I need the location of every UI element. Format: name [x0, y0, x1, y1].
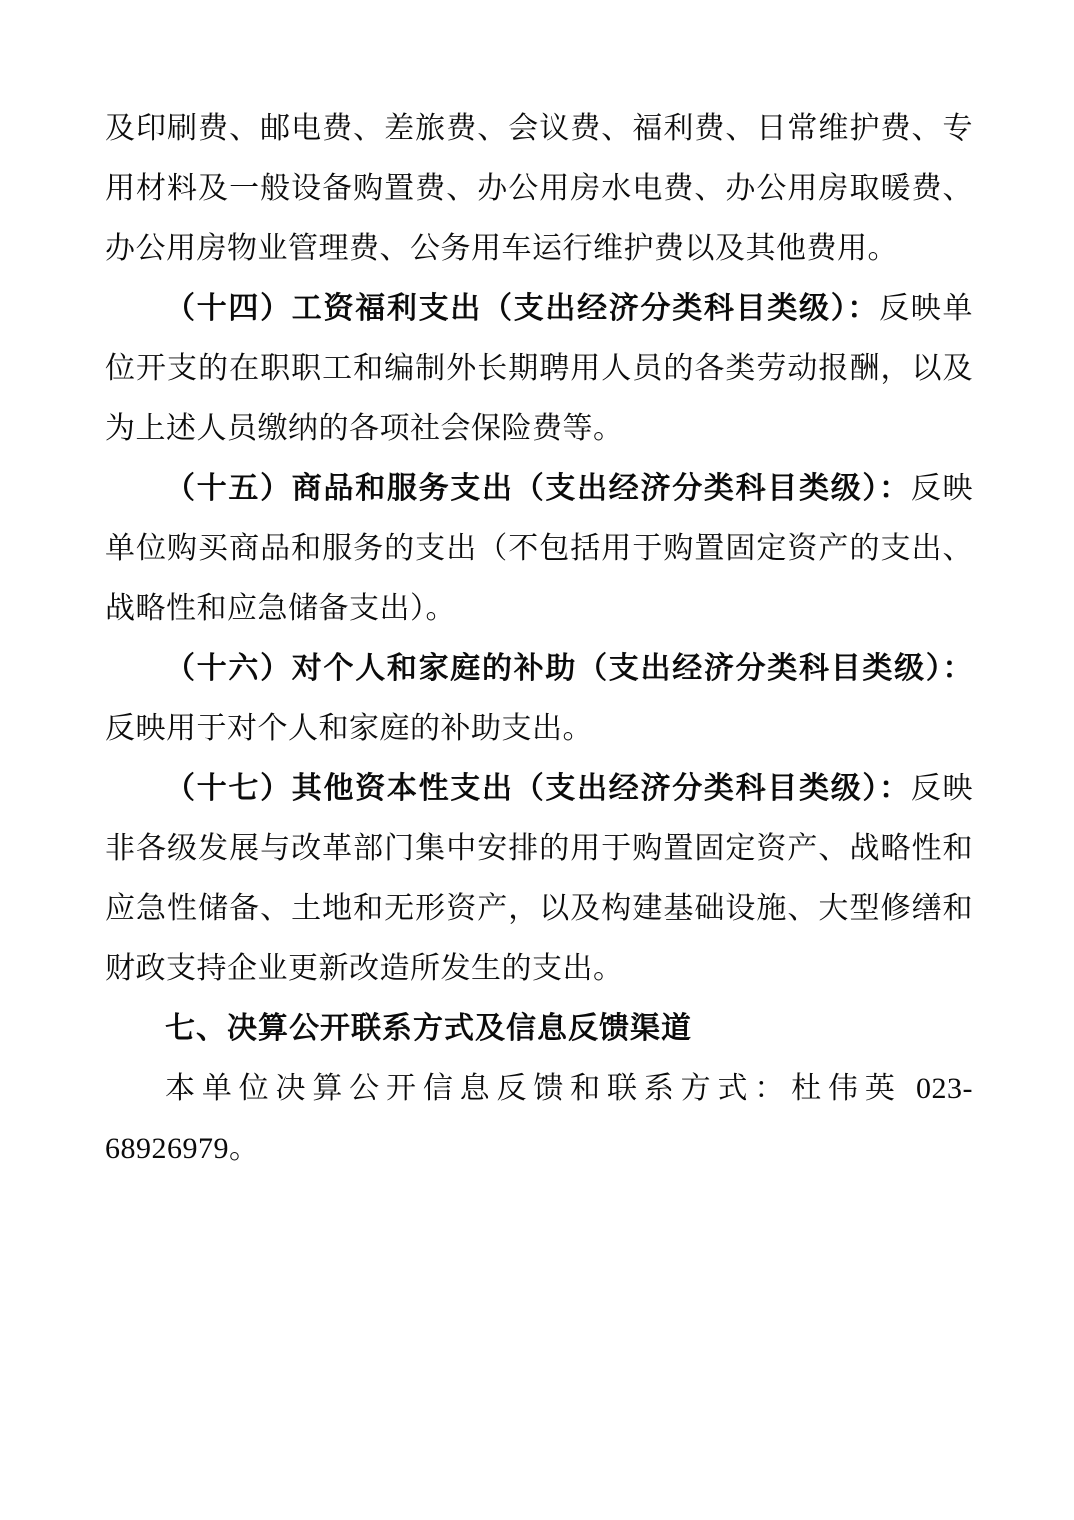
paragraph-lead: （十七）其他资本性支出（支出经济分类科目类级）：	[165, 772, 911, 805]
paragraph-office-expenses-continued: 及印刷费、邮电费、差旅费、会议费、福利费、日常维护费、专用材料及一般设备购置费、…	[105, 99, 973, 279]
paragraph-item-17-other-capital-expenditure: （十七）其他资本性支出（支出经济分类科目类级）：反映非各级发展与改革部门集中安排…	[105, 759, 973, 999]
paragraph-lead: （十四）工资福利支出（支出经济分类科目类级）：	[165, 292, 879, 325]
paragraph-text: 及印刷费、邮电费、差旅费、会议费、福利费、日常维护费、专用材料及一般设备购置费、…	[105, 112, 973, 265]
paragraph-lead: （十六）对个人和家庭的补助（支出经济分类科目类级）：	[165, 652, 973, 685]
document-body: 及印刷费、邮电费、差旅费、会议费、福利费、日常维护费、专用材料及一般设备购置费、…	[105, 99, 973, 1179]
paragraph-text: 反映用于对个人和家庭的补助支出。	[105, 712, 593, 745]
paragraph-item-16-individual-family-subsidy: （十六）对个人和家庭的补助（支出经济分类科目类级）：反映用于对个人和家庭的补助支…	[105, 639, 973, 759]
paragraph-item-14-wage-welfare: （十四）工资福利支出（支出经济分类科目类级）：反映单位开支的在职职工和编制外长期…	[105, 279, 973, 459]
paragraph-contact-info: 本单位决算公开信息反馈和联系方式：杜伟英 023-68926979。	[105, 1059, 973, 1179]
paragraph-item-15-goods-services: （十五）商品和服务支出（支出经济分类科目类级）：反映单位购买商品和服务的支出（不…	[105, 459, 973, 639]
paragraph-lead: （十五）商品和服务支出（支出经济分类科目类级）：	[165, 472, 911, 505]
section-heading-7-contact-feedback: 七、决算公开联系方式及信息反馈渠道	[105, 999, 973, 1059]
document-page: 及印刷费、邮电费、差旅费、会议费、福利费、日常维护费、专用材料及一般设备购置费、…	[0, 0, 1074, 1520]
paragraph-text: 本单位决算公开信息反馈和联系方式：杜伟英 023-68926979。	[105, 1072, 973, 1165]
heading-text: 七、决算公开联系方式及信息反馈渠道	[165, 1012, 692, 1045]
